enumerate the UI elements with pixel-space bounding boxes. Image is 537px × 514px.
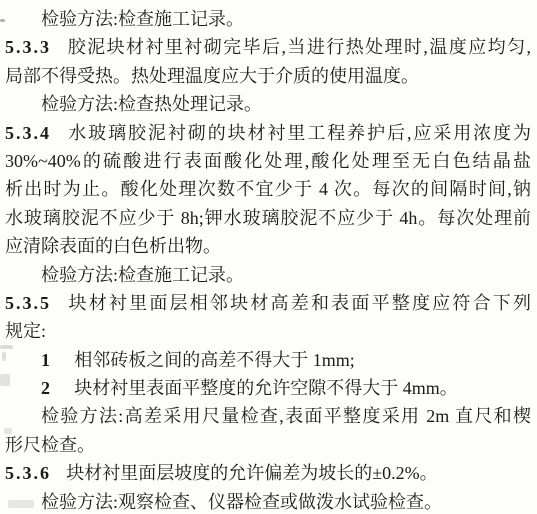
line-text: 检验方法:观察检查、仪器检查或做泼水试验检查。 (41, 492, 442, 512)
line-text: 水玻璃胶泥不应少于 8h;钾水玻璃胶泥不应少于 4h。每次处理前 (5, 208, 531, 228)
line-text: 检验方法:检查施工记录。 (41, 265, 244, 285)
clause-number: 5.3.6 (5, 463, 51, 483)
clause-5-3-4-line: 5.3.4水玻璃胶泥衬砌的块材衬里工程养护后,应采用浓度为 (5, 119, 531, 147)
line-text: 块材衬里面层相邻块材高差和表面平整度应符合下列 (66, 293, 531, 313)
clause-5-3-6-line: 5.3.6块材衬里面层坡度的允许偏差为坡长的±0.2%。 (5, 459, 531, 487)
inspection-method-line: 检验方法:检查热处理记录。 (5, 90, 531, 118)
line-text: 规定: (5, 321, 46, 341)
clause-continuation-line: 应清除表面的白色析出物。 (5, 232, 531, 260)
clause-5-3-5-line: 5.3.5块材衬里面层相邻块材高差和表面平整度应符合下列 (5, 289, 531, 317)
line-text: 30%~40%的硫酸进行表面酸化处理,酸化处理至无白色结晶盐 (5, 151, 531, 171)
line-text: 检验方法:检查施工记录。 (41, 9, 244, 29)
clause-5-3-3-line: 5.3.3胶泥块材衬里衬砌完毕后,当进行热处理时,温度应均匀, (5, 33, 531, 61)
clause-continuation-line: 析出时为止。酸化处理次数不宜少于 4 次。每次的间隔时间,钠 (5, 175, 531, 203)
clause-number: 5.3.3 (5, 37, 51, 57)
clause-number: 5.3.4 (5, 123, 51, 143)
list-item-number: 2 (41, 378, 50, 398)
clause-continuation-line: 形尺检查。 (5, 431, 531, 459)
clause-continuation-line: 局部不得受热。热处理温度应大于介质的使用温度。 (5, 62, 531, 90)
inspection-method-line: 检验方法:高差采用尺量检查,表面平整度采用 2m 直尺和楔 (5, 402, 531, 430)
list-item-1: 1相邻砖板之间的高差不得大于 1mm; (5, 346, 531, 374)
list-item-number: 1 (41, 350, 50, 370)
list-item-2: 2块材衬里表面平整度的允许空隙不得大于 4mm。 (5, 374, 531, 402)
line-text: 块材衬里面层坡度的允许偏差为坡长的±0.2%。 (66, 463, 437, 483)
line-text: 检验方法:高差采用尺量检查,表面平整度采用 2m 直尺和楔 (41, 406, 531, 426)
inspection-method-line: 检验方法:检查施工记录。 (5, 5, 531, 33)
clause-continuation-line: 水玻璃胶泥不应少于 8h;钾水玻璃胶泥不应少于 4h。每次处理前 (5, 204, 531, 232)
line-text: 相邻砖板之间的高差不得大于 1mm; (74, 350, 355, 370)
line-text: 块材衬里表面平整度的允许空隙不得大于 4mm。 (74, 378, 458, 398)
line-text: 应清除表面的白色析出物。 (5, 236, 221, 256)
clause-continuation-line: 规定: (5, 317, 531, 345)
line-text: 形尺检查。 (5, 435, 95, 455)
line-text: 胶泥块材衬里衬砌完毕后,当进行热处理时,温度应均匀, (66, 37, 531, 57)
inspection-method-line: 检验方法:观察检查、仪器检查或做泼水试验检查。 (5, 488, 531, 514)
line-text: 析出时为止。酸化处理次数不宜少于 4 次。每次的间隔时间,钠 (5, 179, 531, 199)
clause-number: 5.3.5 (5, 293, 51, 313)
document-page: 检验方法:检查施工记录。 5.3.3胶泥块材衬里衬砌完毕后,当进行热处理时,温度… (0, 0, 537, 514)
line-text: 检验方法:检查热处理记录。 (41, 94, 262, 114)
inspection-method-line: 检验方法:检查施工记录。 (5, 261, 531, 289)
line-text: 局部不得受热。热处理温度应大于介质的使用温度。 (5, 66, 419, 86)
clause-continuation-line: 30%~40%的硫酸进行表面酸化处理,酸化处理至无白色结晶盐 (5, 147, 531, 175)
line-text: 水玻璃胶泥衬砌的块材衬里工程养护后,应采用浓度为 (66, 123, 531, 143)
